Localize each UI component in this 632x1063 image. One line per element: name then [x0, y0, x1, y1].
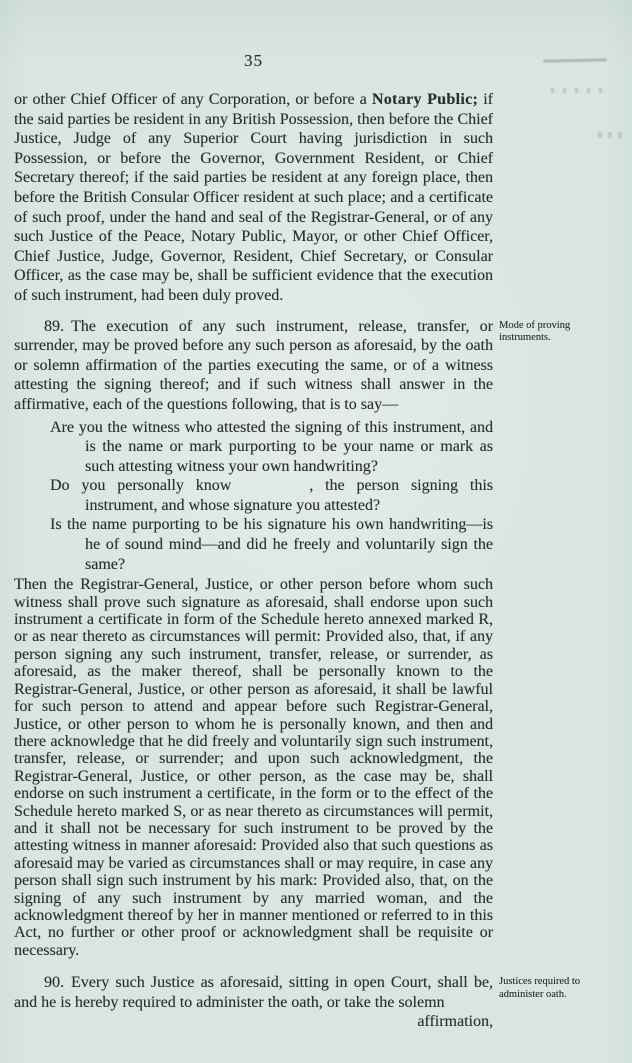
witness-question-3: Is the name purporting to be his signatu…	[85, 515, 493, 574]
scanned-page: 35 or other Chief Officer of any Corpora…	[0, 0, 632, 1063]
paragraph-continuation: or other Chief Officer of any Corporatio…	[14, 90, 493, 306]
text-column: or other Chief Officer of any Corporatio…	[14, 90, 493, 1032]
notary-public-emphasis: Notary Public;	[372, 91, 478, 108]
faint-smudge-dots	[551, 88, 607, 93]
margin-note-mode-of-proving: Mode of proving instruments.	[499, 320, 617, 345]
witness-question-list: Are you the witness who attested the sig…	[14, 418, 493, 575]
section-89-intro: 89.The execution of any such instrument,…	[14, 317, 493, 415]
section-89-body: Then the Registrar-General, Justice, or …	[14, 576, 493, 959]
paragraph-text-start: or other Chief Officer of any Corporatio…	[14, 91, 372, 108]
page-number: 35	[14, 51, 493, 71]
section-90-catchline: affirmation,	[14, 1012, 493, 1032]
question-2-before-blank: Do you personally know	[50, 477, 231, 494]
witness-question-1: Are you the witness who attested the sig…	[85, 418, 493, 477]
section-90: 90.Every such Justice as aforesaid, sitt…	[14, 973, 493, 1032]
name-blank-space	[231, 489, 309, 490]
faint-ink-specks	[598, 132, 624, 138]
paragraph-text-rest: if the said parties be resident in any B…	[14, 91, 493, 304]
witness-question-2: Do you personally know, the person signi…	[85, 476, 493, 515]
pencil-smudge-mark	[543, 58, 607, 62]
section-89: 89.The execution of any such instrument,…	[14, 317, 493, 960]
margin-note-justices-oath: Justices required to administer oath.	[499, 976, 617, 1001]
section-89-number: 89.	[44, 318, 64, 335]
section-90-number: 90.	[44, 974, 64, 991]
section-89-intro-text: The execution of any such instrument, re…	[14, 318, 493, 413]
section-90-text: Every such Justice as aforesaid, sitting…	[14, 974, 493, 1011]
section-90-paragraph: 90.Every such Justice as aforesaid, sitt…	[14, 973, 493, 1012]
